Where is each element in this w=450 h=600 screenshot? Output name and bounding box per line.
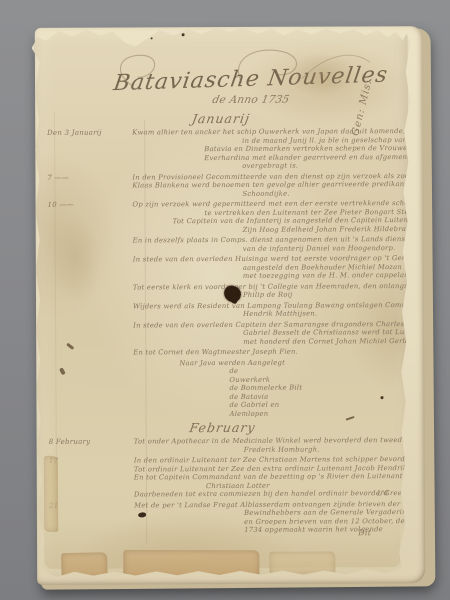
handwritten-content: Bataviasche Nouvelles de Anno 1735 Janua… <box>32 22 413 582</box>
journal-entry: Wijders werd als Resident van Lampong To… <box>33 301 411 320</box>
entries: JanuarijDen 3 JanuarijKwam alhier ten an… <box>32 105 412 535</box>
ink-speck <box>182 33 185 36</box>
entry-lines: Tot onder Apothecar in de Medicinale Win… <box>134 436 412 454</box>
journal-entry: In stede van den overleden Capitein der … <box>33 320 411 347</box>
entry-line: overgebragt is. <box>132 161 406 171</box>
journal-entry: In stede van den overleden Huisinga werd… <box>33 254 411 281</box>
footer-mark: Dit <box>358 528 371 537</box>
entry-line: Zijn Hoog Edelheid Johan Frederik Hildeb… <box>133 225 407 235</box>
entry-line: Klaas Blankena werd benoemen ten gevolge… <box>132 180 406 190</box>
entry-date-margin: 7 —— <box>32 173 132 199</box>
journal-entry: 7 ——In den Provisioneel Gecommitteerde v… <box>32 172 410 199</box>
entry-line: Alemlopen <box>134 409 408 419</box>
journal-entry: Naar Java werden AangelegtdeOuwerkerkde … <box>33 358 411 419</box>
entry-lines: Op zijn verzoek werd gepermitteerd met e… <box>132 199 410 234</box>
journal-entry: 10 ——Op zijn verzoek werd gepermitteerd … <box>32 199 410 235</box>
entry-lines: En tot Cornet den Wagtmeester Joseph Fie… <box>133 347 411 357</box>
repair-tape-left-edge <box>44 456 58 532</box>
month-heading: February <box>32 419 413 436</box>
ink-speck <box>151 37 153 39</box>
entry-lines: In den Provisioneel Gecommitteerde van d… <box>132 172 410 199</box>
entry-date-margin <box>33 302 133 320</box>
entry-line: Schoondijke. <box>132 189 406 199</box>
entry-date-margin: 8 February <box>34 437 134 455</box>
entry-line: van de infanterij Daniel van Hoogendorp. <box>133 244 407 254</box>
ink-speck <box>380 396 383 399</box>
entry-date-margin <box>33 359 133 419</box>
entry-line: Philip de Roij <box>133 290 407 300</box>
entry-lines: Wijders werd als Resident van Lampong To… <box>133 301 411 319</box>
entry-line: En tot Capitein Commandant van de bezett… <box>134 472 408 482</box>
photo-background: { "colors":{ "background_gray":"#88898c"… <box>0 0 450 600</box>
manuscript-page: Bataviasche Nouvelles de Anno 1735 Janua… <box>32 22 413 582</box>
journal-entry: En tot Cornet den Wagtmeester Joseph Fie… <box>33 347 411 357</box>
page-subtitle: de Anno 1735 <box>61 93 441 107</box>
journal-entry: 8 FebruaryTot onder Apothecar in de Medi… <box>34 436 412 455</box>
entry-line: Frederik Homburgh. <box>134 445 408 455</box>
entry-date-margin <box>33 321 133 347</box>
entry-line: Hendrik Matthijsen. <box>133 309 407 319</box>
entry-line: Tot onder Apothecar in de Medicinale Win… <box>134 436 408 446</box>
entry-lines: In stede van den overleden Capitein der … <box>133 320 411 347</box>
entry-lines: En in deszelfs plaats in Comps. dienst a… <box>133 235 411 253</box>
entry-lines: In stede van den overleden Huisinga werd… <box>133 254 411 281</box>
entry-lines: Tot eerste klerk en voordrager bij 't Co… <box>133 282 411 300</box>
journal-entry: 21Met de per 't Landse Fregat Alblasserd… <box>34 500 412 536</box>
journal-entry: 17In den ordinair Luitenant ter Zee Chri… <box>34 455 412 499</box>
entry-date-margin <box>33 255 133 281</box>
entry-date-margin <box>33 283 133 301</box>
journal-entry: Tot eerste klerk en voordrager bij 't Co… <box>33 282 411 301</box>
entry-date-margin: Den 3 Januarij <box>32 128 132 171</box>
entry-date-margin <box>33 236 133 254</box>
manuscript-photo: Bataviasche Nouvelles de Anno 1735 Janua… <box>0 0 450 600</box>
entry-date-margin <box>33 348 133 357</box>
entry-line: En tot Cornet den Wagtmeester Joseph Fie… <box>133 347 407 357</box>
entry-lines: In den ordinair Luitenant ter Zee Christ… <box>134 455 412 499</box>
journal-entry: En in deszelfs plaats in Comps. dienst a… <box>33 235 411 254</box>
entry-date-margin: 10 —— <box>32 200 132 235</box>
entry-line: met toezegging van de H. M. onder cappel… <box>133 271 407 281</box>
entry-lines: Naar Java werden AangelegtdeOuwerkerkde … <box>133 358 411 419</box>
entry-lines: Kwam alhier ten ancker het schip Ouwerke… <box>132 127 410 171</box>
entry-line: L'GreeDaarbeneden tot extra commiezen bi… <box>134 489 408 499</box>
entry-line: met honderd den Cornet Johan Michiel Ger… <box>133 337 407 347</box>
